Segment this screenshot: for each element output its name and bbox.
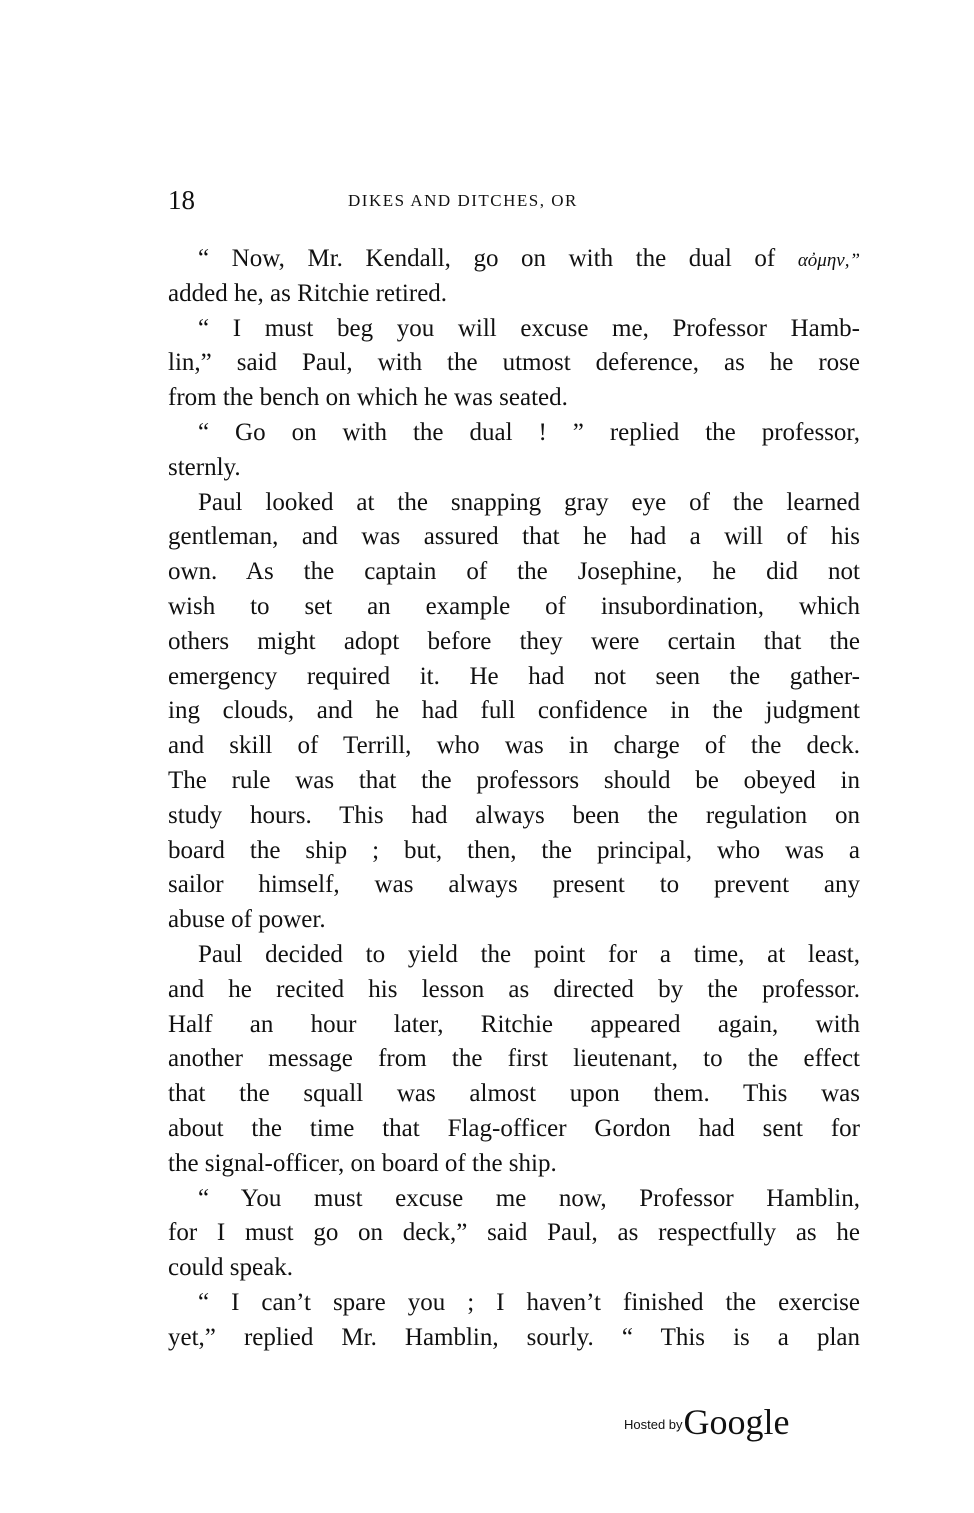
text-line: yet,” replied Mr. Hamblin, sourly. “ Thi… [168, 1321, 860, 1356]
text-line: The rule was that the professors should … [168, 764, 860, 799]
text-line: that the squall was almost upon them. Th… [168, 1077, 860, 1112]
greek-word: αὀμην,” [798, 250, 860, 271]
hosted-by-google-watermark: Hosted by Google [624, 1398, 790, 1442]
running-title: DIKES AND DITCHES, OR [348, 188, 578, 214]
page-header: 18 DIKES AND DITCHES, OR [168, 184, 860, 216]
text-line: “ I can’t spare you ; I haven’t finished… [168, 1286, 860, 1321]
text-line: gentleman, and was assured that he had a… [168, 520, 860, 555]
page-number: 18 [168, 184, 195, 216]
text-line: about the time that Flag-officer Gordon … [168, 1112, 860, 1147]
text-line: could speak. [168, 1251, 860, 1286]
text-line: “ I must beg you will excuse me, Profess… [168, 312, 860, 347]
text-line: study hours. This had always been the re… [168, 799, 860, 834]
google-logo: Google [684, 1402, 790, 1442]
text-line: Half an hour later, Ritchie appeared aga… [168, 1008, 860, 1043]
text-line: the signal-officer, on board of the ship… [168, 1147, 860, 1182]
body-text: “ Now, Mr. Kendall, go on with the dual … [168, 242, 860, 1356]
text-line: “ Go on with the dual ! ” replied the pr… [168, 416, 860, 451]
text-line: Paul decided to yield the point for a ti… [168, 938, 860, 973]
text-line: ing clouds, and he had full confidence i… [168, 694, 860, 729]
text-line: added he, as Ritchie retired. [168, 277, 860, 312]
text-line: from the bench on which he was seated. [168, 381, 860, 416]
text-line: another message from the first lieutenan… [168, 1042, 860, 1077]
hosted-by-label: Hosted by [624, 1416, 683, 1434]
text-line: and skill of Terrill, who was in charge … [168, 729, 860, 764]
text-line: sailor himself, was always present to pr… [168, 868, 860, 903]
text-line: “ You must excuse me now, Professor Hamb… [168, 1182, 860, 1217]
text-line: emergency required it. He had not seen t… [168, 660, 860, 695]
text-line: sternly. [168, 451, 860, 486]
text-line: abuse of power. [168, 903, 860, 938]
book-page: 18 DIKES AND DITCHES, OR “ Now, Mr. Kend… [0, 0, 974, 1513]
text-line: Paul looked at the snapping gray eye of … [168, 486, 860, 521]
text-line: for I must go on deck,” said Paul, as re… [168, 1216, 860, 1251]
text-line: “ Now, Mr. Kendall, go on with the dual … [168, 242, 860, 277]
text-line: others might adopt before they were cert… [168, 625, 860, 660]
text-line: and he recited his lesson as directed by… [168, 973, 860, 1008]
text-line: lin,” said Paul, with the utmost deferen… [168, 346, 860, 381]
text-line: wish to set an example of insubordinatio… [168, 590, 860, 625]
text-line: own. As the captain of the Josephine, he… [168, 555, 860, 590]
text-line: board the ship ; but, then, the principa… [168, 834, 860, 869]
